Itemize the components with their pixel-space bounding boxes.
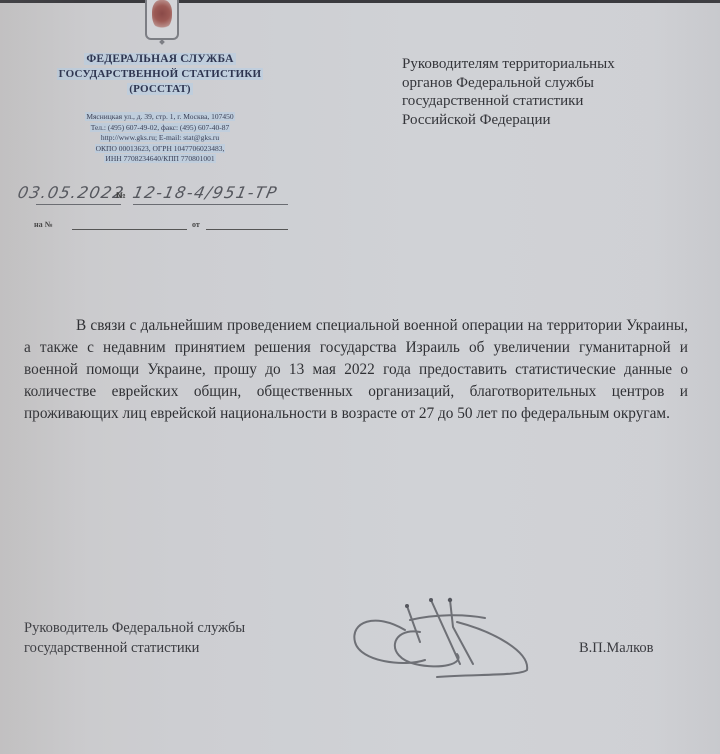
contact-okpo-ogrn: ОКПО 00013623, ОГРН 1047706023483,	[95, 144, 226, 153]
russian-coat-of-arms-icon	[145, 0, 179, 40]
body-paragraph: В связи с дальнейшим проведением специал…	[24, 315, 688, 425]
signer-position-line-2: государственной статистики	[24, 638, 344, 658]
addressee-line-4: Российской Федерации	[402, 111, 712, 130]
signer-name: В.П.Малков	[579, 640, 654, 657]
double-headed-eagle-icon	[152, 0, 172, 30]
date-underline	[36, 204, 121, 205]
reference-date-label: от	[192, 220, 200, 229]
signer-position: Руководитель Федеральной службы государс…	[24, 618, 344, 658]
contact-phone: Тел.: (495) 607-49-02, факс: (495) 607-4…	[90, 123, 231, 132]
addressee-line-1: Руководителям территориальных	[402, 55, 712, 74]
org-line-2: ГОСУДАРСТВЕННОЙ СТАТИСТИКИ	[57, 68, 264, 80]
registration-line: 03.05.2022 № 12-18-4/951-ТР	[18, 183, 338, 213]
contact-address: Мясницкая ул., д. 39, стр. 1, г. Москва,…	[85, 112, 234, 121]
reference-number-blank	[72, 229, 187, 230]
registration-number: 12-18-4/951-ТР	[131, 183, 280, 202]
org-line-1: ФЕДЕРАЛЬНАЯ СЛУЖБА	[84, 53, 235, 65]
number-underline	[133, 204, 288, 205]
shield-tip	[159, 39, 165, 45]
contact-web-email: http://www.gks.ru; E-mail: stat@gks.ru	[100, 133, 220, 142]
reference-number-label: на №	[34, 220, 53, 229]
organization-contacts: Мясницкая ул., д. 39, стр. 1, г. Москва,…	[30, 112, 290, 165]
letter-body: В связи с дальнейшим проведением специал…	[24, 315, 688, 425]
contact-inn-kpp: ИНН 7708234640/КПП 770801001	[104, 154, 215, 163]
addressee-block: Руководителям территориальных органов Фе…	[402, 55, 712, 129]
org-line-3: (РОССТАТ)	[127, 83, 192, 95]
signer-position-line-1: Руководитель Федеральной службы	[24, 618, 344, 638]
reference-line: на № от	[34, 220, 304, 234]
handwritten-signature-icon	[345, 592, 545, 702]
registration-date: 03.05.2022	[16, 183, 127, 202]
organization-name: ФЕДЕРАЛЬНАЯ СЛУЖБА ГОСУДАРСТВЕННОЙ СТАТИ…	[20, 52, 300, 97]
number-label: №	[116, 191, 127, 200]
reference-date-blank	[206, 229, 288, 230]
addressee-line-2: органов Федеральной службы	[402, 74, 712, 93]
photo-top-edge	[0, 0, 720, 3]
addressee-line-3: государственной статистики	[402, 92, 712, 111]
